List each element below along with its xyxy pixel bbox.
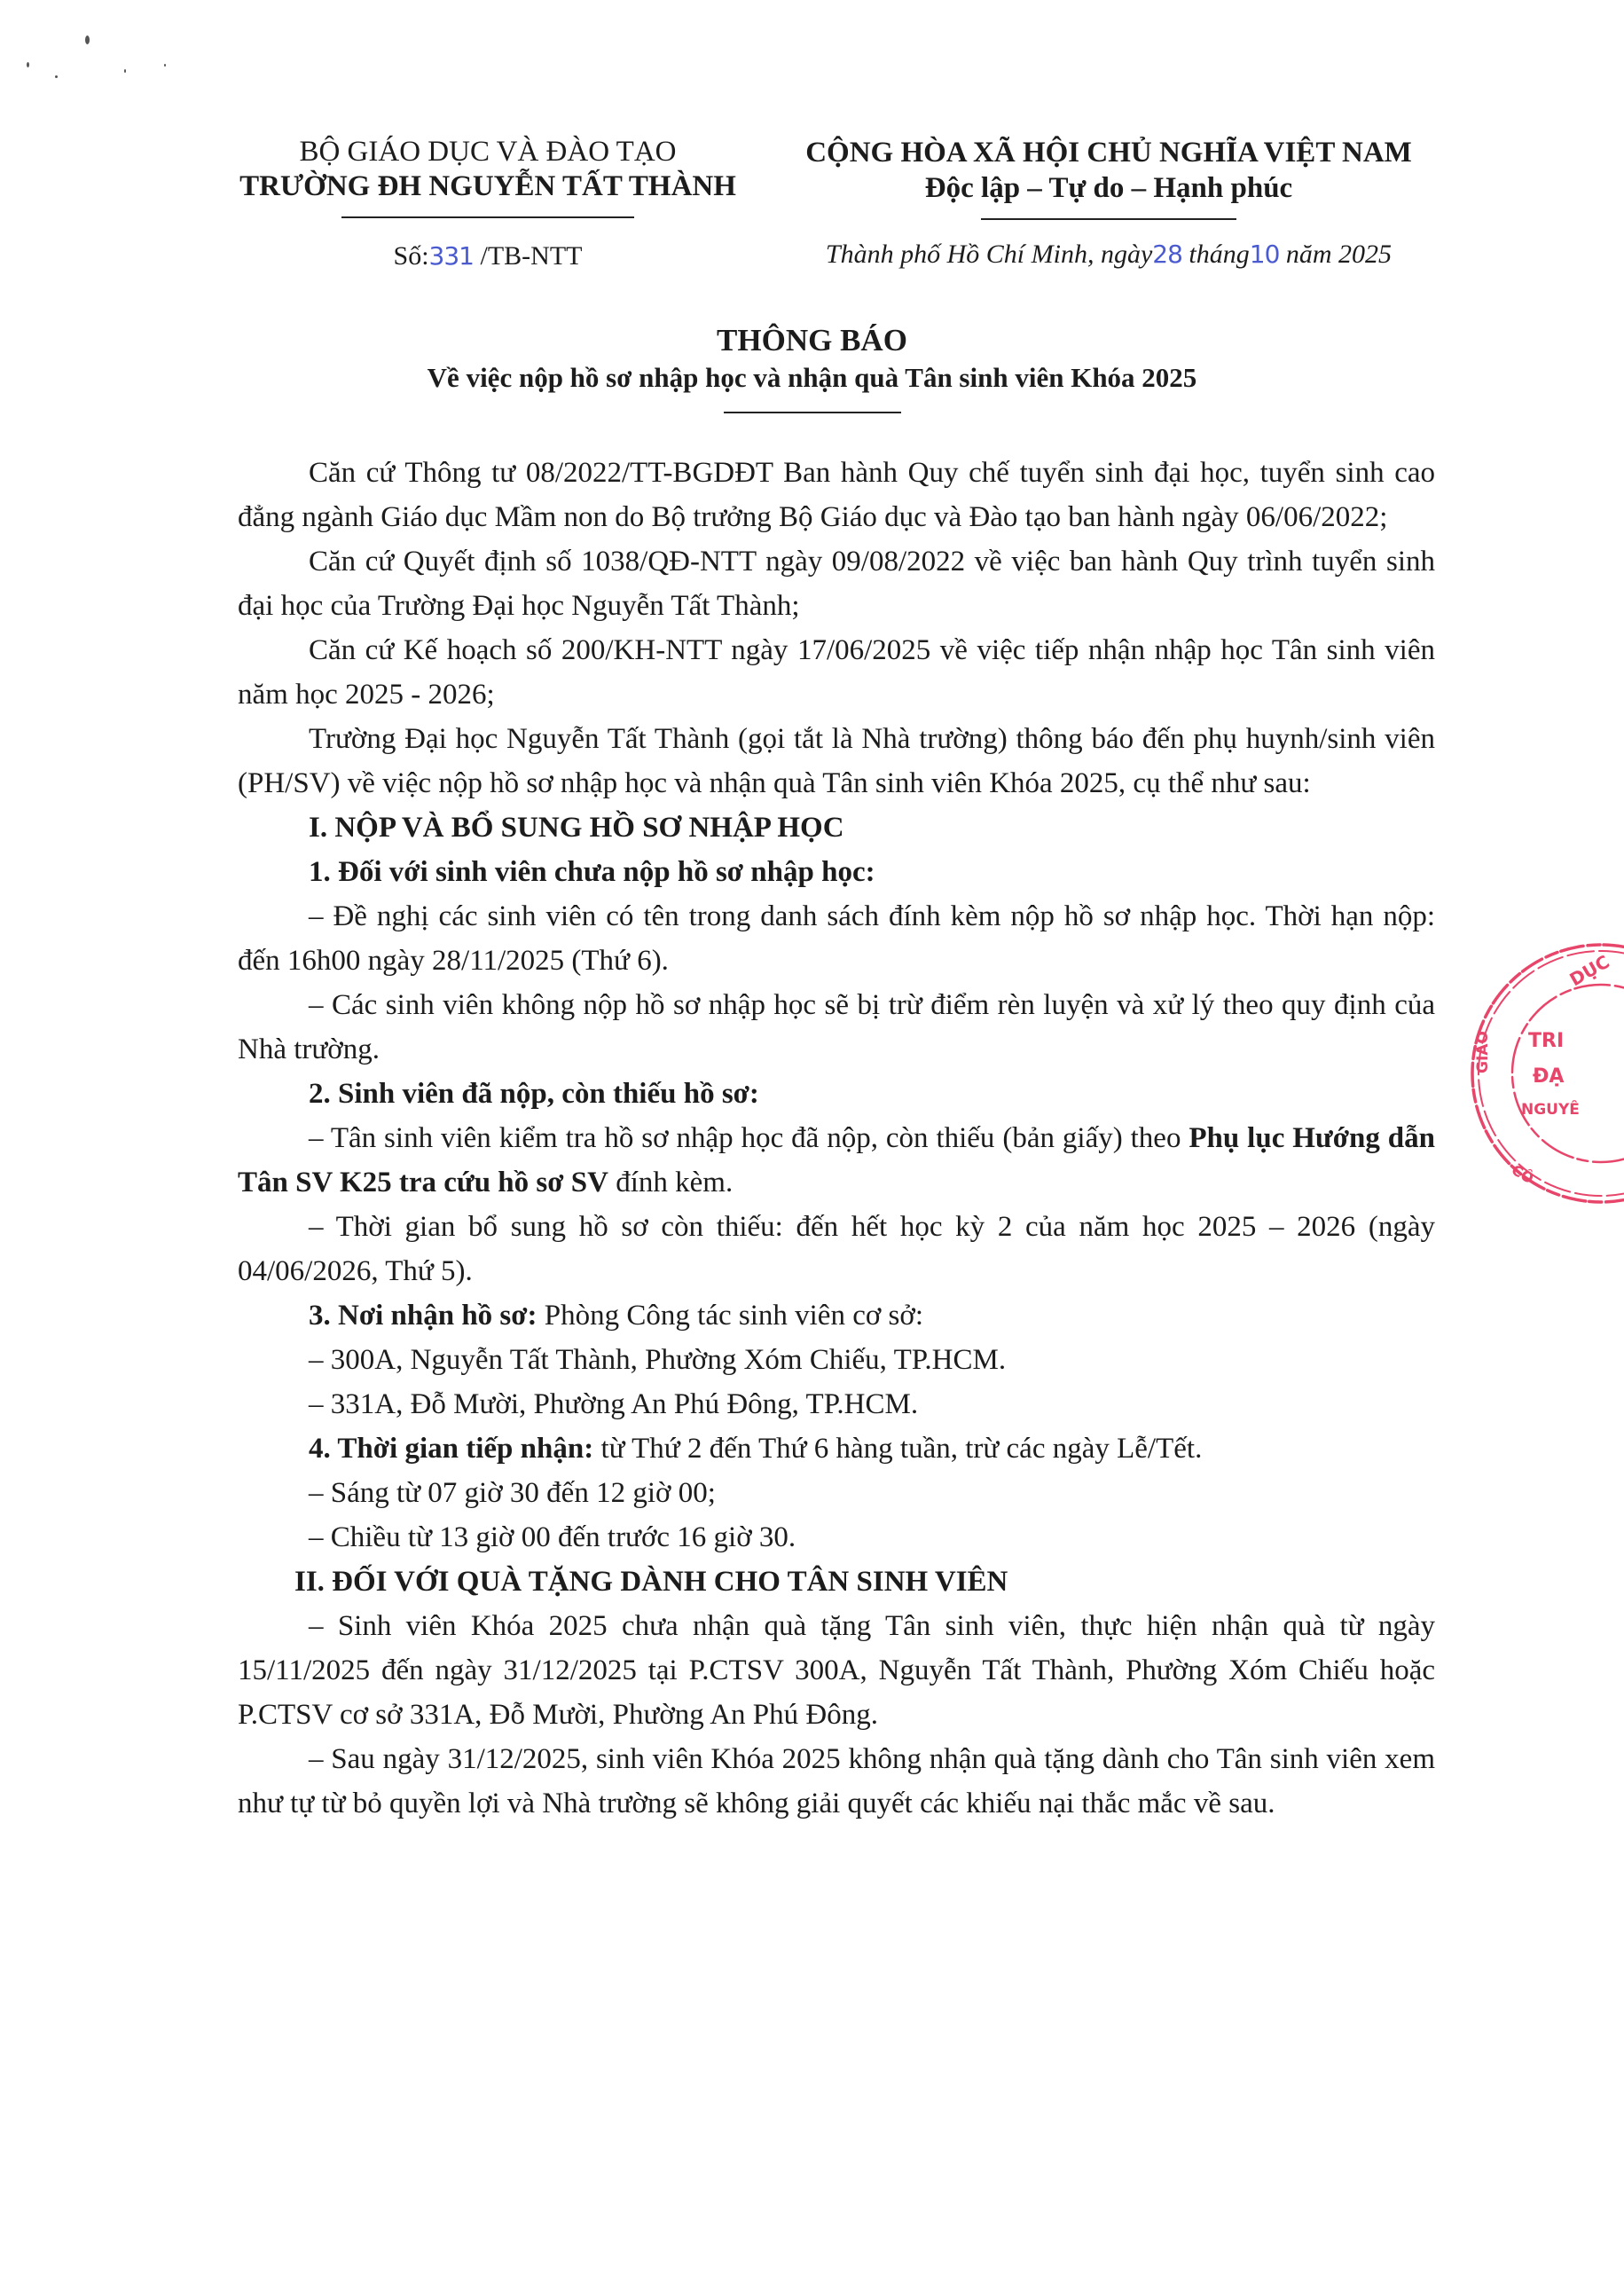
list-item: – Sau ngày 31/12/2025, sinh viên Khóa 20… xyxy=(238,1737,1435,1826)
list-item: – Tân sinh viên kiểm tra hồ sơ nhập học … xyxy=(238,1116,1435,1205)
ref-number-handwritten: 331 xyxy=(429,241,474,271)
list-item: – Sinh viên Khóa 2025 chưa nhận quà tặng… xyxy=(238,1604,1435,1737)
title-rule xyxy=(724,412,901,413)
subsection-2-heading: 2. Sinh viên đã nộp, còn thiếu hồ sơ: xyxy=(238,1072,1435,1116)
national-motto: Độc lập – Tự do – Hạnh phúc xyxy=(758,170,1459,206)
preamble-paragraph: Căn cứ Kế hoạch số 200/KH-NTT ngày 17/06… xyxy=(238,628,1435,717)
subsection-3-heading: 3. Nơi nhận hồ sơ: Phòng Công tác sinh v… xyxy=(238,1293,1435,1338)
list-item-text: – Tân sinh viên kiểm tra hồ sơ nhập học … xyxy=(309,1122,1189,1154)
section-1-heading: I. NỘP VÀ BỔ SUNG HỒ SƠ NHẬP HỌC xyxy=(238,805,1435,850)
stamp-text-da: ĐẠ xyxy=(1533,1065,1564,1088)
subsection-4-text: từ Thứ 2 đến Thứ 6 hàng tuần, trừ các ng… xyxy=(593,1433,1202,1465)
list-item: – Các sinh viên không nộp hồ sơ nhập học… xyxy=(238,983,1435,1072)
stamp-text-giao: GIÁO xyxy=(1472,1031,1492,1073)
stamp-text-nguye: NGUYÊ xyxy=(1521,1099,1580,1119)
header-right-rule xyxy=(981,218,1236,220)
address-item: – 331A, Đỗ Mười, Phường An Phú Đông, TP.… xyxy=(238,1382,1435,1426)
country-name: CỘNG HÒA XÃ HỘI CHỦ NGHĨA VIỆT NAM xyxy=(758,135,1459,170)
subsection-4-heading: 4. Thời gian tiếp nhận: từ Thứ 2 đến Thứ… xyxy=(238,1426,1435,1471)
hours-item: – Sáng từ 07 giờ 30 đến 12 giờ 00; xyxy=(238,1471,1435,1515)
date-month-handwritten: 10 xyxy=(1250,240,1280,269)
ministry-name: BỘ GIÁO DỤC VÀ ĐÀO TẠO xyxy=(177,135,798,169)
date-month-label: tháng xyxy=(1182,240,1250,269)
date-day-handwritten: 28 xyxy=(1152,240,1182,269)
document-reference: Số:331 /TB-NTT xyxy=(177,241,798,271)
document-subtitle: Về việc nộp hồ sơ nhập học và nhận quà T… xyxy=(0,360,1624,396)
preamble-paragraph: Căn cứ Quyết định số 1038/QĐ-NTT ngày 09… xyxy=(238,539,1435,628)
preamble-paragraph: Căn cứ Thông tư 08/2022/TT-BGDĐT Ban hàn… xyxy=(238,451,1435,539)
subsection-3-text: Phòng Công tác sinh viên cơ sở: xyxy=(537,1300,923,1332)
subsection-3-label: 3. Nơi nhận hồ sơ: xyxy=(309,1300,537,1332)
official-seal-stamp: DỤC TRI ĐẠ NGUYÊ GIÁO CÔ xyxy=(1468,940,1624,1206)
document-title-block: THÔNG BÁO Về việc nộp hồ sơ nhập học và … xyxy=(0,321,1624,413)
preamble-paragraph: Trường Đại học Nguyễn Tất Thành (gọi tắt… xyxy=(238,717,1435,805)
document-body: Căn cứ Thông tư 08/2022/TT-BGDĐT Ban hàn… xyxy=(238,451,1435,1826)
list-item: – Đề nghị các sinh viên có tên trong dan… xyxy=(238,894,1435,983)
hours-item: – Chiều từ 13 giờ 00 đến trước 16 giờ 30… xyxy=(238,1515,1435,1560)
list-item: – Thời gian bổ sung hồ sơ còn thiếu: đến… xyxy=(238,1205,1435,1293)
address-item: – 300A, Nguyễn Tất Thành, Phường Xóm Chi… xyxy=(238,1338,1435,1382)
date-year-label: năm 2025 xyxy=(1279,240,1392,269)
school-name: TRƯỜNG ĐH NGUYỄN TẤT THÀNH xyxy=(177,169,798,204)
list-item-text-end: đính kèm. xyxy=(608,1167,733,1198)
national-header: CỘNG HÒA XÃ HỘI CHỦ NGHĨA VIỆT NAM Độc l… xyxy=(758,135,1459,270)
ref-prefix: Số: xyxy=(394,241,429,271)
ref-suffix: /TB-NTT xyxy=(474,241,582,271)
subsection-4-label: 4. Thời gian tiếp nhận: xyxy=(309,1433,593,1465)
document-title: THÔNG BÁO xyxy=(0,321,1624,360)
date-prefix: Thành phố Hồ Chí Minh, ngày xyxy=(826,240,1152,269)
subsection-1-heading: 1. Đối với sinh viên chưa nộp hồ sơ nhập… xyxy=(238,850,1435,894)
stamp-text-tri: TRI xyxy=(1528,1030,1564,1052)
document-date: Thành phố Hồ Chí Minh, ngày28 tháng10 nă… xyxy=(758,240,1459,270)
section-2-heading: II. ĐỐI VỚI QUÀ TẶNG DÀNH CHO TÂN SINH V… xyxy=(238,1560,1435,1604)
header-left-rule xyxy=(341,216,634,218)
issuer-header: BỘ GIÁO DỤC VÀ ĐÀO TẠO TRƯỜNG ĐH NGUYỄN … xyxy=(177,135,798,271)
